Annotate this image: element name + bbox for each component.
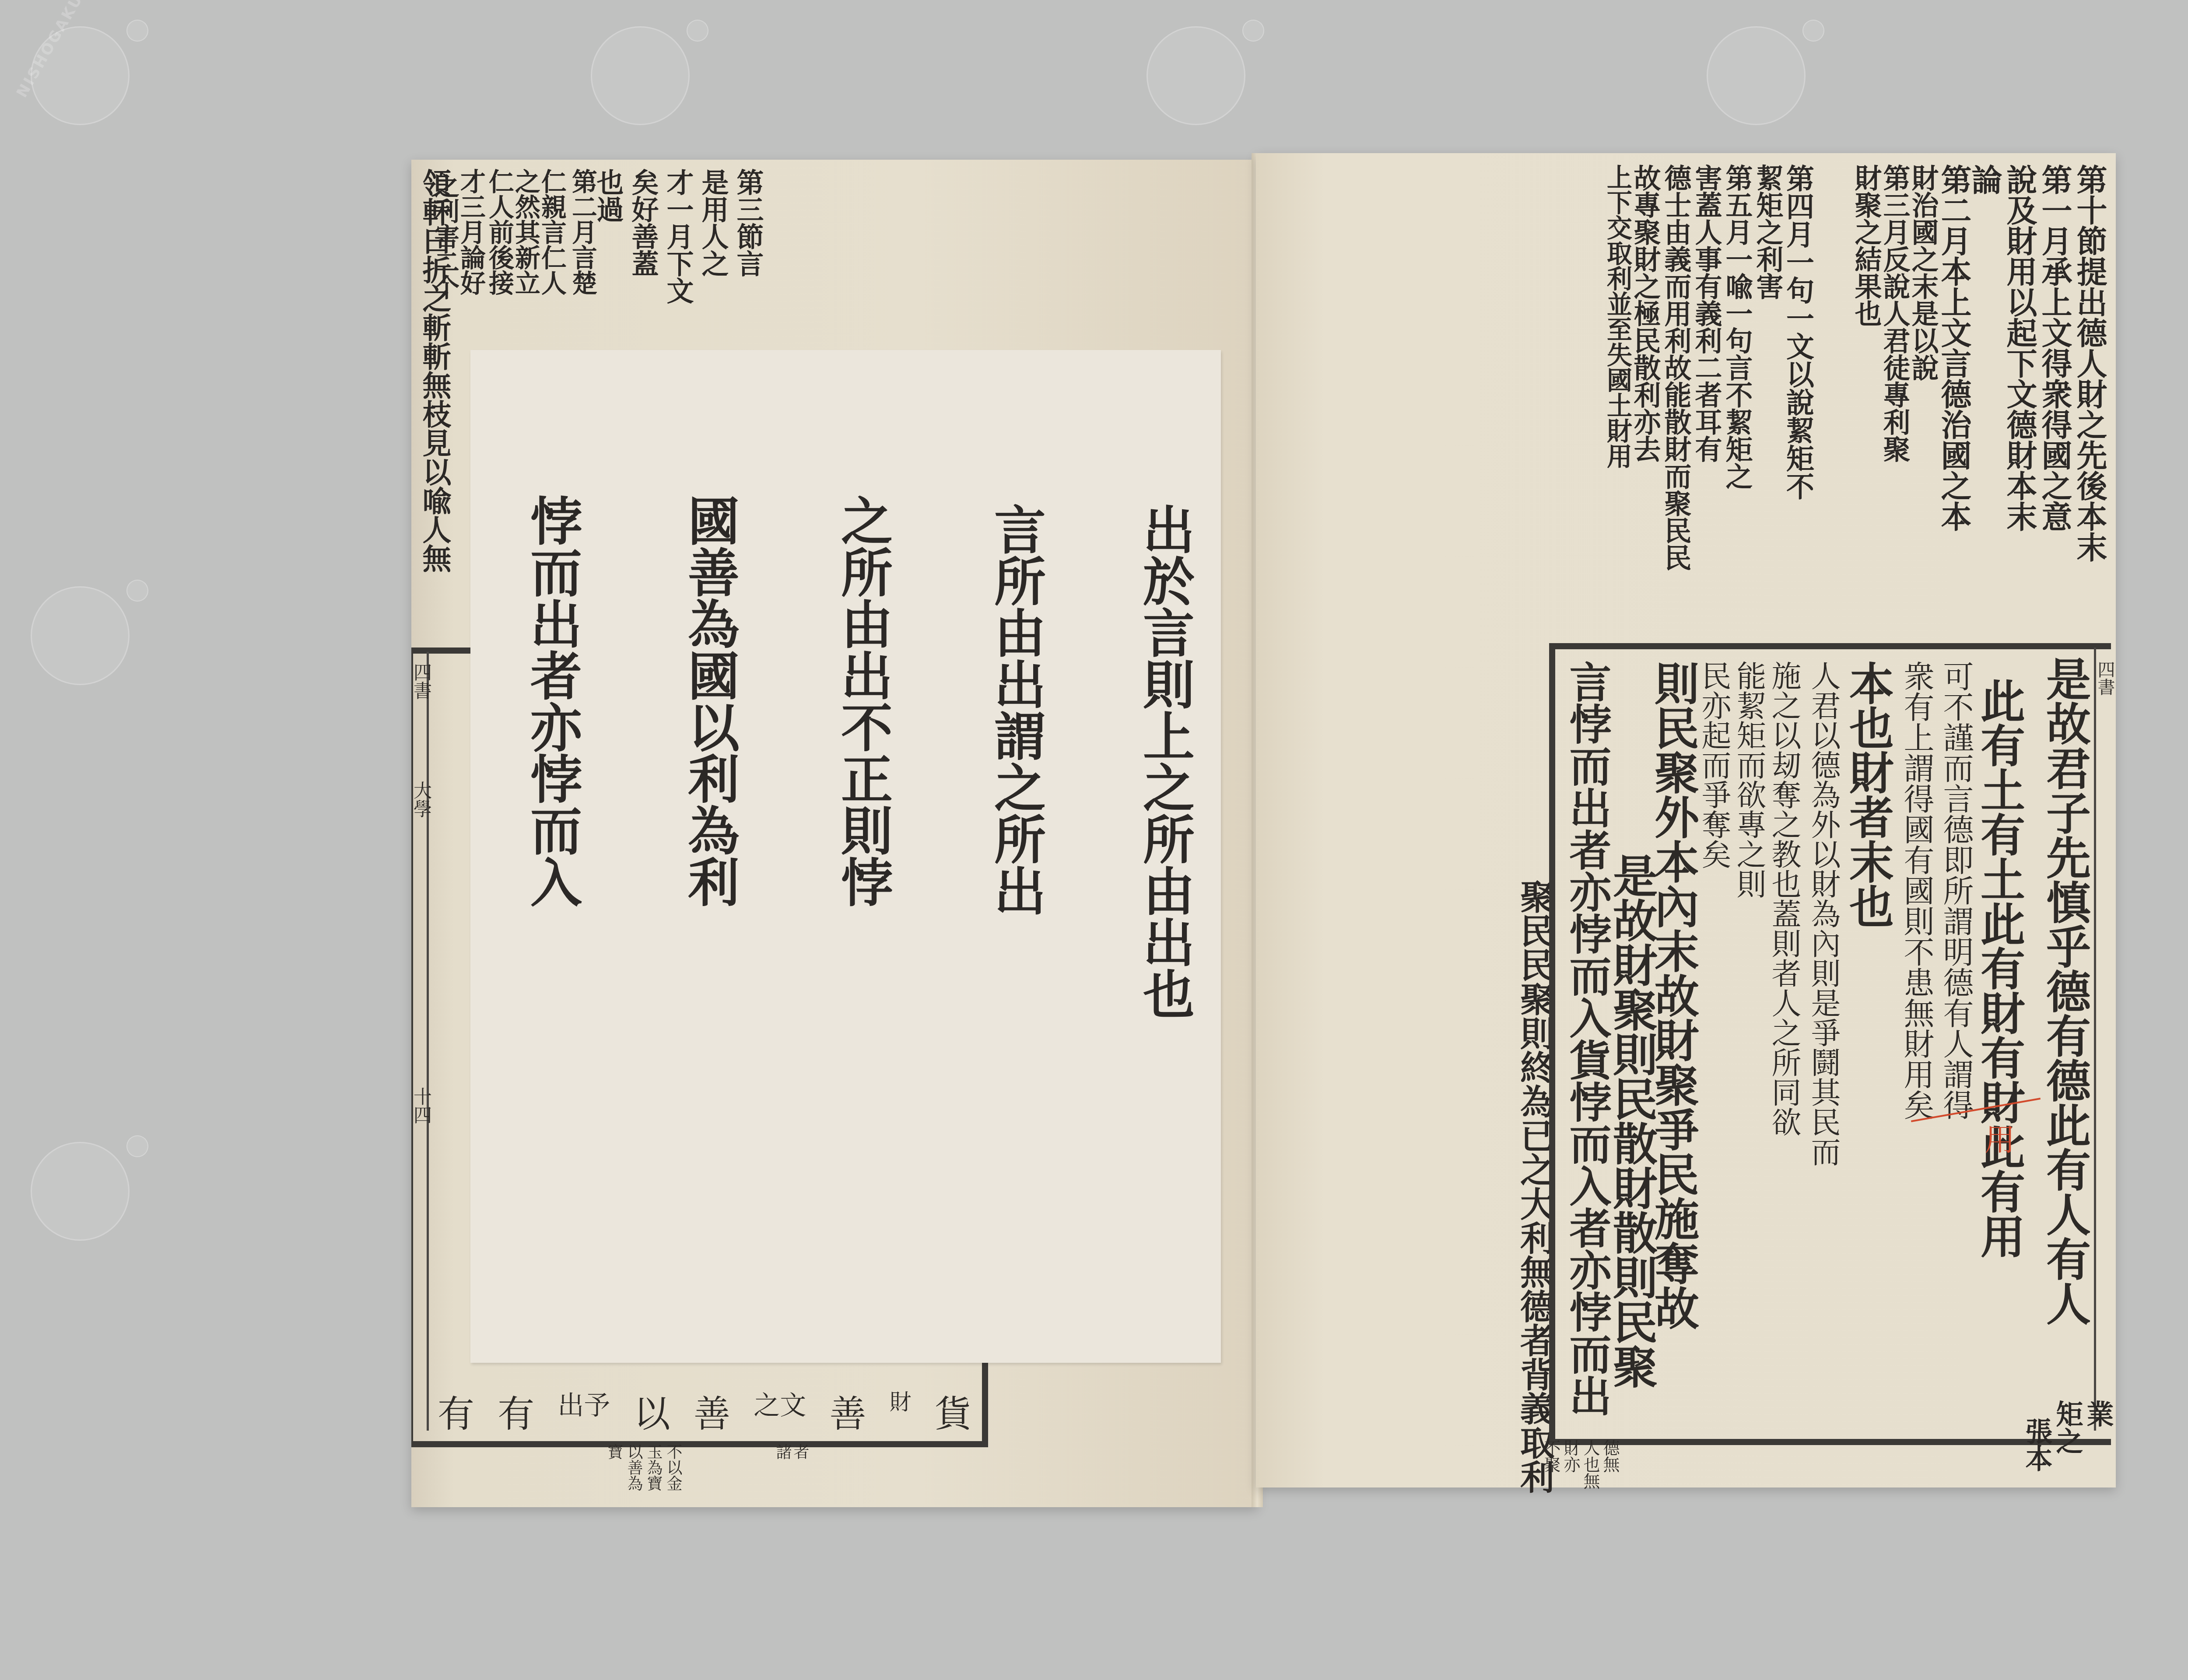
box-char: 有	[438, 1385, 474, 1438]
below-box-note: 諸	[775, 1444, 790, 1459]
top-note: 才三月論好	[458, 168, 484, 295]
top-note: 第五月一喩一句言不絜矩之	[1723, 164, 1750, 490]
frame-rule	[427, 652, 429, 1431]
margin-header-volume: 大學	[412, 781, 431, 818]
box-column: 此有土有土此有財有財此有用	[1977, 678, 2022, 1258]
box-char: 以	[634, 1385, 670, 1438]
right-edge-note: 矩之	[2054, 1400, 2081, 1454]
note-line: 言所由出謂之所出	[990, 503, 1041, 916]
box-char: 出予	[558, 1385, 610, 1438]
box-column: 施之以刼奪之教也蓋則者人之所同欲	[1769, 661, 1799, 1137]
top-note: 也過	[594, 168, 621, 223]
below-box-note: 寶	[606, 1444, 622, 1459]
nishogakusha-watermark-icon	[1147, 26, 1245, 125]
box-column: 衆有上謂得國有國則不患無財用矣	[1901, 661, 1932, 1120]
top-note: 仁親言仁人	[539, 168, 565, 295]
top-note: 害蓋人事有義利二者耳有	[1693, 164, 1720, 462]
top-note: 論	[1969, 164, 2000, 195]
right-edge-note: 張本	[2023, 1417, 2050, 1472]
top-note: 德士由義而用利故能散財而聚民民	[1662, 164, 1689, 571]
top-note: 第二月言楚	[570, 168, 595, 295]
box-char: 善	[829, 1385, 866, 1438]
right-page: 第十節提出德人財之先後本末 第一月承上文得衆得國之意 說及財用以起下文德財本末 …	[1256, 153, 2116, 1487]
below-box-note: 者	[792, 1444, 808, 1459]
top-note: 矣好善蓋	[629, 168, 656, 277]
box-char: 之文	[754, 1385, 806, 1438]
top-note: 故專聚財之極民散利亦去	[1631, 164, 1659, 462]
pasted-note: 出於言則上之所由出也 言所由出謂之所出 之所由出不正則悖 國善為國以利為利 悖而…	[470, 350, 1221, 1363]
right-edge-note: 業	[2084, 1400, 2111, 1427]
nishogakusha-watermark-icon	[1707, 26, 1806, 125]
frame-rule	[2094, 647, 2096, 1431]
below-box-note: 不聚	[1543, 1439, 1559, 1473]
below-box-note: 財亦	[1562, 1439, 1579, 1473]
red-correction-mark: 用	[1985, 1116, 2015, 1160]
box-char: 有	[498, 1385, 534, 1438]
margin-header-book: 四書	[412, 663, 431, 700]
box-char: 善	[694, 1385, 730, 1438]
top-note: 財聚之結果也	[1852, 164, 1879, 327]
top-note: 第四月一句一文以說絜矩不	[1784, 164, 1812, 500]
top-note: 第二月本上文言德治國之本	[1939, 164, 1969, 532]
nishogakusha-watermark-icon	[31, 1142, 130, 1241]
top-note: 第三節言	[734, 168, 761, 277]
side-note: 聚民民聚則終為已之大利無德者背義取利	[1517, 879, 1551, 1494]
below-box-note: 德無	[1602, 1439, 1618, 1473]
box-column: 能絜矩而欲專之則	[1734, 661, 1764, 899]
left-margin-note: 領軒曰折之斬斬無枝見以喩人無	[420, 168, 449, 573]
top-note: 是用人之	[699, 168, 726, 277]
note-line: 國善為國以利為利	[684, 494, 735, 907]
box-column: 言悖而出者亦悖而入貨悖而入者亦悖而出	[1566, 661, 1608, 1417]
box-column: 可不謹而言德即所謂明德有人謂得	[1941, 661, 1971, 1120]
top-note: 才一月下文	[664, 168, 691, 304]
note-line: 之所由出不正則悖	[837, 494, 888, 907]
page-number: 十四	[412, 1087, 431, 1124]
top-note: 第一月承上文得衆得國之意	[2039, 164, 2070, 532]
top-note: 絜矩之利害	[1754, 164, 1781, 300]
top-note: 上下交取利並至失國土財用	[1605, 164, 1630, 469]
top-note: 第三月反說人君徒專利聚	[1881, 164, 1908, 462]
top-note: 財治國之末是以說	[1909, 164, 1936, 381]
note-line: 出於言則上之所由出也	[1139, 503, 1190, 1019]
below-box-note: 不以金	[665, 1444, 681, 1491]
box-char: 貨	[935, 1385, 971, 1438]
top-note: 說及財用以起下文德財本末	[2004, 164, 2035, 532]
box-column: 本也財者末也	[1846, 661, 1890, 928]
top-note: 仁人前後接	[487, 168, 512, 295]
top-note: 之然其新立	[513, 168, 538, 295]
note-line: 悖而出者亦悖而入	[526, 494, 578, 907]
below-box-note: 人也無	[1582, 1439, 1599, 1489]
below-box-note: 玉為寶	[645, 1444, 661, 1491]
box-column: 是故財聚則民散財散則民聚	[1609, 853, 1654, 1389]
nishogakusha-watermark-icon	[31, 586, 130, 685]
box-bottom-row: 貨 財 善 之文 善 以 出予 有 有	[438, 1385, 971, 1438]
top-note: 第十節提出德人財之先後本末	[2074, 164, 2105, 562]
below-box-note: 以善為	[626, 1444, 642, 1491]
box-column: 人君以德為外以財為內則是爭鬪其民而	[1808, 661, 1838, 1166]
box-column: 是故君子先慎乎德有德此有人有人	[2043, 656, 2087, 1326]
nishogakusha-watermark-icon	[591, 26, 690, 125]
box-column: 民亦起而爭奪矣	[1699, 661, 1729, 869]
margin-header: 四書	[2096, 661, 2114, 696]
box-char: 財	[890, 1385, 912, 1438]
